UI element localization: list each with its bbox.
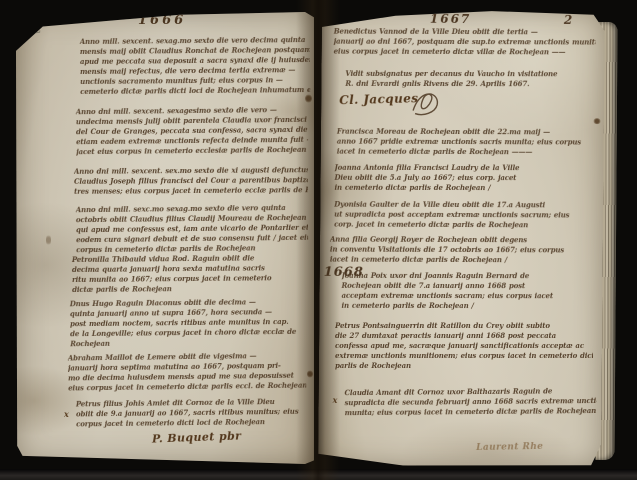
handwritten-line: iacet in cemeterio dictæ parlis de Roche… <box>330 254 594 265</box>
binding-gutter-shadow <box>296 0 340 480</box>
handwritten-line: dictæ parlis de Rochejean <box>72 283 306 295</box>
register-entry: Anno mill. sexcent. sexag.mo sexto die v… <box>80 35 311 96</box>
register-entry: Claudia Amant dit Cornoz uxor Balthazari… <box>344 386 596 418</box>
year-heading-left: 1666 <box>138 14 186 28</box>
register-entry: Benedictus Vannod de la Ville Dieu obiit… <box>334 27 596 58</box>
margin-x-mark-left: x <box>64 410 69 418</box>
pencil-folio-mark: 2 <box>32 21 43 36</box>
visa-note: Vidit subsignatus per decanus du Vaucho … <box>345 69 595 89</box>
left-page: 2 1666 Anno mill. sexcent. sexag.mo sext… <box>16 12 314 464</box>
handwritten-line: die 27 dumtaxat peractis ianuarij anni 1… <box>335 331 593 341</box>
scanned-register-spread: 2 1666 Anno mill. sexcent. sexag.mo sext… <box>0 0 637 480</box>
register-entry: Abraham Maillot de Lemere obiit die vige… <box>68 351 306 394</box>
handwritten-line: Joanna Antonia filia Francisci Laudry de… <box>335 163 595 173</box>
register-entry: Anna filia Georgij Royer de Rochejean ob… <box>330 235 594 266</box>
register-entry: Anno dni mill. sexc.mo sexag.mo sexto di… <box>76 203 309 255</box>
register-entry: Francisca Moreau de Rochejean obiit die … <box>337 127 595 158</box>
handwritten-line: in cemeterio parlis de Rochejean / <box>342 301 594 311</box>
handwritten-line: parlis de Rochejean <box>335 361 593 371</box>
register-entry: Dyonisia Gaulter de la Ville dieu obiit … <box>334 200 594 231</box>
ink-stain <box>46 234 51 246</box>
handwritten-line: confessa apud me, sacræque januarij sanc… <box>335 341 593 351</box>
register-entry: Petrus Pontsainguerrin dit Ratillon du C… <box>335 321 593 371</box>
bottom-signature-right: Laurent Rhe <box>476 441 543 454</box>
register-entry: Dnus Hugo Raguin Diaconus obiit die deci… <box>70 297 307 349</box>
handwritten-line: tres menses; eius corpus jacet in cemete… <box>74 185 308 197</box>
priest-signature-left: P. Buquet pbr <box>152 430 242 445</box>
handwritten-line: corp. jacet in cemeterio dictæ parlis de… <box>334 219 594 230</box>
handwritten-line: eius corpus jacet in cemeterio dictæ par… <box>68 380 306 393</box>
handwritten-line: munita; eius corpus iacet in cemeterio d… <box>345 406 597 418</box>
dean-signature: Cl. Jacques <box>339 92 418 106</box>
handwritten-line: Petrus Pontsainguerrin dit Ratillon du C… <box>335 321 593 331</box>
register-entry: Joanna Antonia filia Francisci Laudry de… <box>334 163 594 193</box>
handwritten-line: Rochejean obiit die 7.a ianuarij anno 16… <box>342 281 594 291</box>
page-number: 2 <box>564 13 572 27</box>
handwritten-line: jacet eius corpus in cemeterio ecclesiæ … <box>76 144 308 156</box>
handwritten-line: eius corpus jacet in cemeterio dictæ vil… <box>334 46 596 57</box>
handwritten-line: Joanna Poix uxor dni Joannis Raguin Bern… <box>342 271 594 281</box>
handwritten-line: Vidit subsignatus per decanus du Vaucho … <box>345 69 595 79</box>
register-entry: Petrus filius Johis Amiet dit Cornoz de … <box>76 397 310 430</box>
register-entry: Joanna Poix uxor dni Joannis Raguin Bern… <box>342 271 594 311</box>
handwritten-line: extremæ unctionis munitionem; eius corpu… <box>335 351 593 361</box>
handwritten-line: iacet in cemeterio dictæ parlis de Roche… <box>337 146 595 157</box>
handwritten-line: corpus jacet in cemeterio dicti loci de … <box>76 416 310 429</box>
handwritten-line: acceptam extremæ unctionis sacram; eius … <box>342 291 594 301</box>
handwritten-line: R. dni Evrardi gnlis Rivens die 29. Apri… <box>345 79 595 89</box>
handwritten-line: Rochejean <box>70 336 306 348</box>
handwritten-line: cemeterio dictæ parlis dicti loci de Roc… <box>80 85 310 97</box>
register-entry: Anno dni mill. sexcent. sex.mo sexto die… <box>74 165 308 196</box>
ink-stain <box>593 118 601 124</box>
right-page: 1667 2 Benedictus Vannod de la Ville Die… <box>318 8 605 467</box>
register-entry: Anno dni mill. sexcent. sexagesimo sexto… <box>76 105 309 157</box>
handwritten-line: in cemeterio dictæ parlis de Rochejean / <box>334 183 594 193</box>
register-entry: Petronilla Thibauld vidua Rod. Raguin ob… <box>72 253 306 295</box>
handwritten-line: Dieu obiit die 5.a July ao 1667; eius co… <box>335 173 595 183</box>
year-heading-right: 1667 <box>430 12 472 26</box>
